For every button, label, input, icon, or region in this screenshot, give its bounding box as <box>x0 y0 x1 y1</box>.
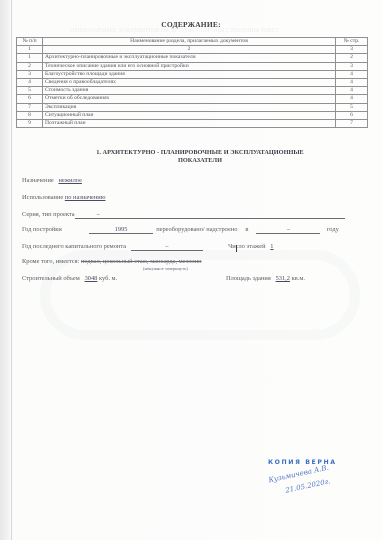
purpose-label: Назначение <box>22 177 54 184</box>
rebuilt-value: – <box>256 226 320 234</box>
year-built-value: 1995 <box>89 226 153 234</box>
section-title: 1. АРХИТЕКТУРНО - ПЛАНИРОВОЧНЫЕ И ЭКСПЛУ… <box>60 149 340 165</box>
table-row: 7 Экспликация 5 <box>17 103 368 111</box>
toc-cell-name: Техническое описание здания или его осно… <box>43 62 336 70</box>
floors-value: 1 <box>270 243 273 250</box>
toc-cell-page: 4 <box>336 78 368 86</box>
section-title-line2: ПОКАЗАТЕЛИ <box>60 157 340 165</box>
table-row: 6 Отметки об обследованиях 4 <box>17 95 368 103</box>
table-row: 1 Архитектурно-планировочные и эксплуата… <box>17 54 368 62</box>
toc-cell-num: 6 <box>17 95 43 103</box>
toc-table: № п/п Наименование раздела, прилагаемых … <box>16 37 368 128</box>
rebuilt-label: переоборудовано/ надстроено <box>156 226 237 233</box>
toc-header-row: № п/п Наименование раздела, прилагаемых … <box>17 38 368 46</box>
series-label: Серия, тип проекта <box>22 211 75 218</box>
area-label: Площадь здания <box>226 275 271 282</box>
toc-cell-name: Архитектурно-планировочные и эксплуатаци… <box>43 54 336 62</box>
toc-cell-num: 2 <box>17 62 43 70</box>
toc-cell-num: 1 <box>17 54 43 62</box>
toc-cell-name: Ситуационный план <box>43 111 336 119</box>
toc-cell-num: 7 <box>17 103 43 111</box>
toc-cell-page: 3 <box>336 46 368 54</box>
series-row: Серия, тип проекта– <box>22 211 345 219</box>
rebuilt-suffix: году <box>327 226 339 233</box>
table-row: 5 Стоимость здания 4 <box>17 87 368 95</box>
toc-cell-name: Благоустройство площади здания <box>43 70 336 78</box>
toc-cell-num: 8 <box>17 111 43 119</box>
toc-cell-num: 9 <box>17 119 43 127</box>
toc-cell-num: 5 <box>17 87 43 95</box>
also-label: Кроме того, имеется: <box>22 258 79 265</box>
last-repair-label: Год последнего капитального ремонта <box>22 243 126 250</box>
table-row: 4 Сведения о правообладателях 4 <box>17 78 368 86</box>
usage-value: по назначению <box>65 194 106 201</box>
toc-cell-page: 4 <box>336 95 368 103</box>
year-built-row: Год постройки 1995 переоборудовано/ надс… <box>22 226 339 234</box>
toc-cell-num: 1 <box>17 46 43 54</box>
purpose-value: нежилое <box>59 177 82 184</box>
table-row: 8 Ситуационный план 6 <box>17 111 368 119</box>
toc-title: СОДЕРЖАНИЕ: <box>0 20 382 29</box>
toc-cell-page: 6 <box>336 111 368 119</box>
signature-date: 21.05.2020г. <box>285 477 332 494</box>
toc-cell-page: 4 <box>336 70 368 78</box>
last-repair-value: – <box>131 243 203 251</box>
volume-unit: куб. м. <box>99 275 117 282</box>
volume-row: Строительный объем 3048 куб. м. <box>22 275 117 282</box>
floors-label: Число этажей <box>228 243 265 250</box>
usage-row: Использование по назначению <box>22 194 106 201</box>
toc-index-row: 1 2 3 <box>17 46 368 54</box>
toc-cell-name: Отметки об обследованиях <box>43 95 336 103</box>
toc-cell-name: Поэтажный план <box>43 119 336 127</box>
table-row: 2 Техническое описание здания или его ос… <box>17 62 368 70</box>
rebuilt-in-label: в <box>245 226 248 233</box>
toc-cell-page: 4 <box>336 87 368 95</box>
area-row: Площадь здания 531,2 кв.м. <box>226 275 305 282</box>
toc-cell-num: 3 <box>17 70 43 78</box>
document-page: ПРИЛАГАЕМЫХ ДОКУМЕНТОВ ОТ ДРУГОЙ СТОРОНЫ… <box>0 0 382 540</box>
toc-cell-page: 5 <box>336 103 368 111</box>
toc-header-page: № стр. <box>336 38 368 46</box>
table-row: 9 Поэтажный план 7 <box>17 119 368 127</box>
purpose-row: Назначение нежилое <box>22 177 82 184</box>
text-cursor-icon: I <box>235 245 241 256</box>
toc-cell-name: Сведения о правообладателях <box>43 78 336 86</box>
toc-cell-name: Экспликация <box>43 103 336 111</box>
series-value: – <box>75 211 345 219</box>
toc-cell-num: 4 <box>17 78 43 86</box>
year-built-label: Год постройки <box>22 226 62 233</box>
also-items: подвал, цокольный этаж, мансарда, мезони… <box>81 258 202 265</box>
toc-cell-page: 7 <box>336 119 368 127</box>
toc-cell-name: Стоимость здания <box>43 87 336 95</box>
toc-header-name: Наименование раздела, прилагаемых докуме… <box>43 38 336 46</box>
binding-edge <box>11 0 12 540</box>
toc-cell-name: 2 <box>43 46 336 54</box>
table-row: 3 Благоустройство площади здания 4 <box>17 70 368 78</box>
volume-label: Строительный объем <box>22 275 80 282</box>
also-row: Кроме того, имеется: подвал, цокольный э… <box>22 258 202 265</box>
toc-header-num: № п/п <box>17 38 43 46</box>
area-unit: кв.м. <box>292 275 305 282</box>
area-value: 531,2 <box>276 275 290 282</box>
section-title-line1: 1. АРХИТЕКТУРНО - ПЛАНИРОВОЧНЫЕ И ЭКСПЛУ… <box>60 149 340 157</box>
usage-label: Использование <box>22 194 63 201</box>
volume-value: 3048 <box>85 275 98 282</box>
toc-cell-page: 2 <box>336 54 368 62</box>
also-hint: (ненужное зачеркнуть) <box>143 266 188 271</box>
toc-cell-page: 3 <box>336 62 368 70</box>
